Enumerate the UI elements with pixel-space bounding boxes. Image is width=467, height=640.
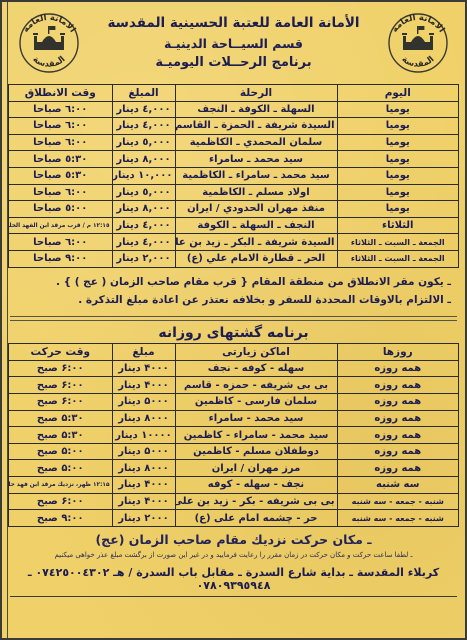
table-cell: شنبه - جمعه - سه شنبه	[337, 493, 459, 510]
seal-bottom-text: المقدسة	[400, 54, 437, 70]
table-cell: ٥:٣٠ صباحا	[9, 151, 113, 168]
table-cell: دوطفلان مسلم - كاظمين	[175, 443, 337, 460]
column-header-time: وقت الانطلاق	[9, 85, 113, 102]
table-cell: همه روزه	[337, 427, 459, 444]
table-cell: ۶:۰۰ صبح	[9, 493, 113, 510]
table-cell: ٨,٠٠٠ دينار	[112, 201, 175, 218]
table-cell: ۵:۳۰ صبح	[9, 427, 113, 444]
table-row: يومياسلمان المحمدي ـ الكاظمية٥,٠٠٠ دينار…	[9, 134, 459, 151]
table-row: سه شنبهنجف - سهله - كوفه۴۰۰۰ دينار۱۲:۱۵ …	[9, 477, 459, 494]
table-cell: السيدة شريفة ـ الحمزة ـ القاسم	[175, 118, 337, 135]
table-header-row: روزها اماكن زيارتى مبلغ وقت حركت	[9, 344, 459, 361]
table-cell: ۶:۰۰ صبح	[9, 377, 113, 394]
persian-note-policy: ـ لطفا ساعت حركت و مكان حركت در زمان مقر…	[2, 551, 465, 559]
table-row: همه روزهسلمان فارسى - كاظمين۵۰۰۰ دينار۶:…	[9, 394, 459, 411]
table-row: الثلاثاءالنجف ـ السهلة ـ الكوفة٤,٠٠٠ دين…	[9, 217, 459, 234]
column-header-day: اليوم	[337, 85, 459, 102]
table-cell: ۸۰۰۰ دينار	[112, 460, 175, 477]
table-cell: ٥,٠٠٠ دينار	[112, 184, 175, 201]
arabic-notes: ـ يكون مقر الانطلاق من منطقة المقام { قر…	[2, 268, 465, 310]
table-row: يوميااولاد مسلم ـ الكاظمية٥,٠٠٠ دينار٦:٠…	[9, 184, 459, 201]
table-row: همه روزهمرز مهران / ايران۸۰۰۰ دينار۵:۰۰ …	[9, 460, 459, 477]
table-cell: ۸۰۰۰ دينار	[112, 410, 175, 427]
table-cell: الجمعة ـ السبت ـ الثلاثاء	[337, 234, 459, 251]
title-program: برنامج الرحــلات اليوميـة	[86, 53, 381, 73]
document-titles: الأمانة العامة للعتبة الحسينية المقدسة ق…	[86, 13, 381, 73]
flyer-page: الامانة العامة المقدسة الأمانة العامة لل…	[0, 0, 467, 640]
table-cell: يوميا	[337, 184, 459, 201]
column-header-places: اماكن زيارتى	[175, 344, 337, 361]
official-seal-left: الامانة العامة المقدسة	[12, 6, 86, 80]
table-row: همه روزهبى بى شريفه - حمزه - قاسم۴۰۰۰ دي…	[9, 377, 459, 394]
arabic-trips-table: اليوم الرحلة المبلغ وقت الانطلاق يومياال…	[8, 84, 459, 268]
table-cell: همه روزه	[337, 360, 459, 377]
table-row: يومياسيد محمد ـ سامراء٨,٠٠٠ دينار٥:٣٠ صب…	[9, 151, 459, 168]
table-cell: شنبه - جمعه - سه شنبه	[337, 510, 459, 527]
table-cell: همه روزه	[337, 394, 459, 411]
table-cell: ١٠,٠٠٠ دينار	[112, 167, 175, 184]
arabic-table-header: اليوم الرحلة المبلغ وقت الانطلاق	[9, 85, 459, 102]
table-row: همه روزهدوطفلان مسلم - كاظمين۵۰۰۰ دينار۵…	[9, 443, 459, 460]
note-departure-location: ـ يكون مقر الانطلاق من منطقة المقام { قر…	[12, 273, 451, 291]
table-cell: ۲۰۰۰ دينار	[112, 510, 175, 527]
table-cell: ٦:٠٠ صباحا	[9, 134, 113, 151]
table-cell: سه شنبه	[337, 477, 459, 494]
column-header-amount: المبلغ	[112, 85, 175, 102]
table-cell: ۴۰۰۰ دينار	[112, 377, 175, 394]
table-cell: سلمان المحمدي ـ الكاظمية	[175, 134, 337, 151]
table-row: يومياالسيدة شريفة ـ الحمزة ـ القاسم٤,٠٠٠…	[9, 118, 459, 135]
persian-note-location: ـ مكان حركت نزديك مقام صاحب الزمان (عج)	[2, 532, 465, 547]
note-refund-policy: ـ الالتزام بالاوقات المحددة للسفر و بخلا…	[12, 291, 451, 309]
table-row: شنبه - جمعه - سه شنبهبى بى شريفه - بكر -…	[9, 493, 459, 510]
persian-table-body: همه روزهسهله - كوفه - نجف۴۰۰۰ دينار۶:۰۰ …	[9, 360, 459, 526]
table-cell: يوميا	[337, 134, 459, 151]
table-row: الجمعة ـ السبت ـ الثلاثاءالسيدة شريفة ـ …	[9, 234, 459, 251]
table-cell: ۶:۰۰ صبح	[9, 394, 113, 411]
table-cell: يوميا	[337, 151, 459, 168]
table-cell: ۱۲:۱۵ ظهر، نزديك مرقد ابن فهد حلى	[9, 477, 113, 494]
table-cell: ٨,٠٠٠ دينار	[112, 151, 175, 168]
header: الامانة العامة المقدسة الأمانة العامة لل…	[2, 2, 465, 82]
table-row: شنبه - جمعه - سه شنبهحر - چشمه امام على …	[9, 510, 459, 527]
table-cell: مرز مهران / ايران	[175, 460, 337, 477]
table-cell: ٦:٠٠ صباحا	[9, 184, 113, 201]
footer-address-phones: كربلاء المقدسة ـ بداية شارع السدرة ـ مقا…	[10, 564, 457, 597]
table-cell: نجف - سهله - كوفه	[175, 477, 337, 494]
table-cell: يوميا	[337, 118, 459, 135]
seal-bottom-text: المقدسة	[31, 54, 68, 70]
table-cell: ٤,٠٠٠ دينار	[112, 118, 175, 135]
table-cell: يوميا	[337, 201, 459, 218]
section-divider	[10, 316, 457, 321]
table-cell: ۵:۰۰ صبح	[9, 443, 113, 460]
column-header-trip: الرحلة	[175, 85, 337, 102]
table-row: يومياسيد محمد ـ سامراء ـ الكاظمية١٠,٠٠٠ …	[9, 167, 459, 184]
table-cell: ٦:٠٠ صباحا	[9, 234, 113, 251]
table-cell: سهله - كوفه - نجف	[175, 360, 337, 377]
table-cell: يوميا	[337, 167, 459, 184]
column-header-time: وقت حركت	[9, 344, 113, 361]
shrine-icon	[402, 26, 434, 50]
svg-text:المقدسة: المقدسة	[400, 54, 437, 70]
table-cell: ٥:٠٠ صباحا	[9, 201, 113, 218]
table-cell: الحر ـ قطارة الامام علي (ع)	[175, 250, 337, 267]
table-row: همه روزهسيد محمد - سامراء - كاظمين۱۰۰۰۰ …	[9, 427, 459, 444]
table-cell: ٤,٠٠٠ دينار	[112, 234, 175, 251]
table-cell: ۶:۰۰ صبح	[9, 360, 113, 377]
table-cell: بى بى شريفه - بكر - زيد بن على	[175, 493, 337, 510]
table-cell: ۵۰۰۰ دينار	[112, 394, 175, 411]
table-cell: بى بى شريفه - حمزه - قاسم	[175, 377, 337, 394]
table-cell: سلمان فارسى - كاظمين	[175, 394, 337, 411]
table-cell: اولاد مسلم ـ الكاظمية	[175, 184, 337, 201]
table-cell: منفذ مهران الحدودي / ايران	[175, 201, 337, 218]
table-cell: الجمعة ـ السبت ـ الثلاثاء	[337, 250, 459, 267]
table-cell: ٤,٠٠٠ دينار	[112, 101, 175, 118]
official-seal-right: الامانة العامة المقدسة	[381, 6, 455, 80]
column-header-amount: مبلغ	[112, 344, 175, 361]
table-cell: ٢,٠٠٠ دينار	[112, 250, 175, 267]
table-cell: همه روزه	[337, 460, 459, 477]
table-cell: ۹:۰۰ صبح	[9, 510, 113, 527]
table-row: يوميامنفذ مهران الحدودي / ايران٨,٠٠٠ دين…	[9, 201, 459, 218]
table-cell: ۵:۰۰ صبح	[9, 460, 113, 477]
table-row: الجمعة ـ السبت ـ الثلاثاءالحر ـ قطارة ال…	[9, 250, 459, 267]
svg-text:المقدسة: المقدسة	[31, 54, 68, 70]
table-cell: سيد محمد - سامراء	[175, 410, 337, 427]
table-cell: ٥,٠٠٠ دينار	[112, 134, 175, 151]
table-cell: سيد محمد - سامراء - كاظمين	[175, 427, 337, 444]
table-cell: همه روزه	[337, 443, 459, 460]
table-cell: ٦:٠٠ صباحا	[9, 118, 113, 135]
table-cell: السهلة ـ الكوفة ـ النجف	[175, 101, 337, 118]
title-organization: الأمانة العامة للعتبة الحسينية المقدسة	[86, 13, 381, 34]
persian-section-title: برنامه گشتهای روزانه	[2, 325, 465, 341]
table-cell: ۵:۳۰ صبح	[9, 410, 113, 427]
table-cell: حر - چشمه امام على (ع)	[175, 510, 337, 527]
table-cell: ۴۰۰۰ دينار	[112, 477, 175, 494]
column-header-days: روزها	[337, 344, 459, 361]
table-cell: الثلاثاء	[337, 217, 459, 234]
table-header-row: اليوم الرحلة المبلغ وقت الانطلاق	[9, 85, 459, 102]
table-cell: ٥:٣٠ صباحا	[9, 167, 113, 184]
table-cell: يوميا	[337, 101, 459, 118]
table-cell: همه روزه	[337, 410, 459, 427]
arabic-table-body: يومياالسهلة ـ الكوفة ـ النجف٤,٠٠٠ دينار٦…	[9, 101, 459, 267]
table-cell: ٩:٠٠ صباحا	[9, 250, 113, 267]
table-cell: ٦:٠٠ صباحا	[9, 101, 113, 118]
table-cell: سيد محمد ـ سامراء ـ الكاظمية	[175, 167, 337, 184]
table-cell: سيد محمد ـ سامراء	[175, 151, 337, 168]
title-department: قسم السيــاحة الدينيـة	[86, 34, 381, 53]
table-cell: ٤,٠٠٠ دينار	[112, 217, 175, 234]
persian-table-header: روزها اماكن زيارتى مبلغ وقت حركت	[9, 344, 459, 361]
table-cell: ١٢:١٥ م / قرب مرقد ابن الفهد الحلي	[9, 217, 113, 234]
table-row: همه روزهسيد محمد - سامراء۸۰۰۰ دينار۵:۳۰ …	[9, 410, 459, 427]
table-cell: ۴۰۰۰ دينار	[112, 493, 175, 510]
table-row: يومياالسهلة ـ الكوفة ـ النجف٤,٠٠٠ دينار٦…	[9, 101, 459, 118]
table-cell: ۵۰۰۰ دينار	[112, 443, 175, 460]
table-row: همه روزهسهله - كوفه - نجف۴۰۰۰ دينار۶:۰۰ …	[9, 360, 459, 377]
table-cell: السيدة شريفة ـ البكر ـ زيد بن علي	[175, 234, 337, 251]
table-cell: ۴۰۰۰ دينار	[112, 360, 175, 377]
table-cell: همه روزه	[337, 377, 459, 394]
table-cell: النجف ـ السهلة ـ الكوفة	[175, 217, 337, 234]
persian-trips-table: روزها اماكن زيارتى مبلغ وقت حركت همه روز…	[8, 343, 459, 527]
shrine-icon	[33, 26, 65, 50]
table-cell: ۱۰۰۰۰ دينار	[112, 427, 175, 444]
